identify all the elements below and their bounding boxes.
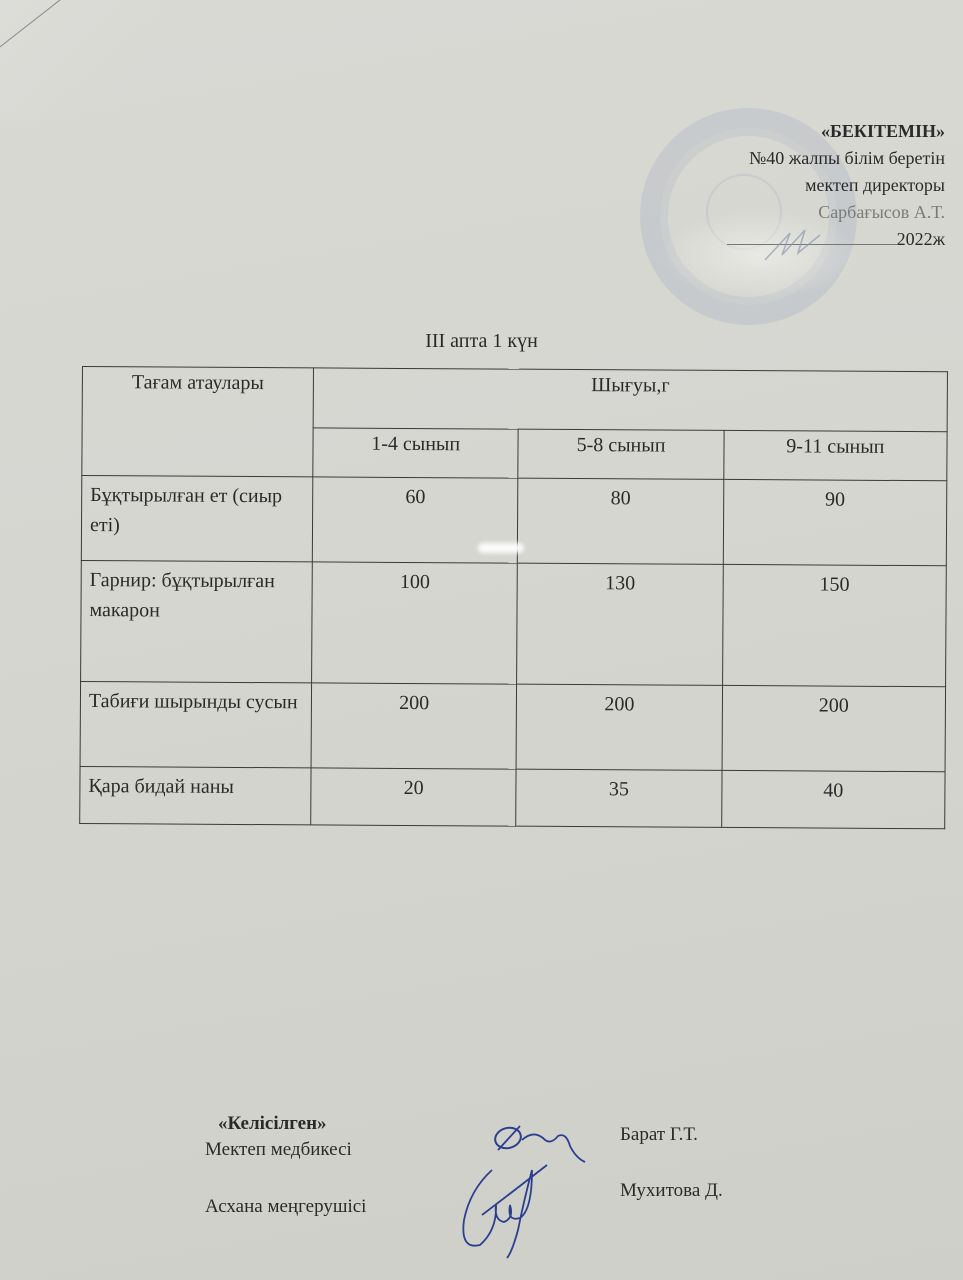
paper-corner-shadow [0,0,160,120]
canteen-manager-name: Мухитова Д. [620,1180,723,1202]
portion-value: 130 [517,563,723,685]
canteen-manager-role: Асхана меңгерушісі [205,1194,366,1220]
agreed-title: «Келісілген» [205,1111,366,1137]
table-row: Табиғи шырынды сусын 200 200 200 [80,681,946,771]
table-row: Қара бидай наны 20 35 40 [80,766,945,828]
output-header: Шығуы,г [313,368,947,431]
portion-value: 40 [721,770,945,828]
portion-value: 150 [722,564,946,686]
grade-header: 9-11 сынып [724,430,948,481]
portion-value: 80 [518,478,724,564]
portion-value: 90 [723,479,947,565]
dish-name: Бұқтырылған ет (сиыр еті) [81,476,313,562]
page-heading: ІІІ апта 1 күн [0,330,963,353]
dish-name: Қара бидай наны [80,766,311,824]
portion-value: 20 [311,768,517,826]
grade-header: 5-8 сынып [518,429,724,480]
signatory-names: Барат Г.Т. Мухитова Д. [620,1124,723,1202]
agreed-block: «Келісілген» Мектеп медбикесі Асхана мең… [205,1111,366,1220]
dish-name-header: Тағам атаулары [82,367,314,477]
light-reflection [478,543,524,553]
grade-header: 1-4 сынып [313,427,519,478]
portion-value: 200 [722,685,946,771]
menu-table: Тағам атаулары Шығуы,г 1-4 сынып 5-8 сын… [79,366,948,829]
approval-date: 2022ж [897,229,945,249]
approval-position: мектеп директоры [727,172,945,199]
dish-name: Табиғи шырынды сусын [80,681,312,767]
approval-school: №40 жалпы білім беретін [727,145,945,172]
canteen-manager-signature-icon [452,1160,552,1260]
dish-name: Гарнир: бұқтырылған макарон [81,560,313,682]
portion-value: 100 [312,562,518,684]
approval-title: «БЕКІТЕМІН» [727,118,945,145]
nurse-role: Мектеп медбикесі [205,1137,366,1163]
nurse-name: Барат Г.Т. [620,1124,723,1146]
portion-value: 200 [516,684,722,770]
portion-value: 35 [516,769,722,827]
table-row: Гарнир: бұқтырылған макарон 100 130 150 [81,560,947,686]
portion-value: 200 [311,683,517,769]
director-signature-icon [760,225,830,265]
approval-director-name: Сарбағысов А.Т. [727,199,945,226]
